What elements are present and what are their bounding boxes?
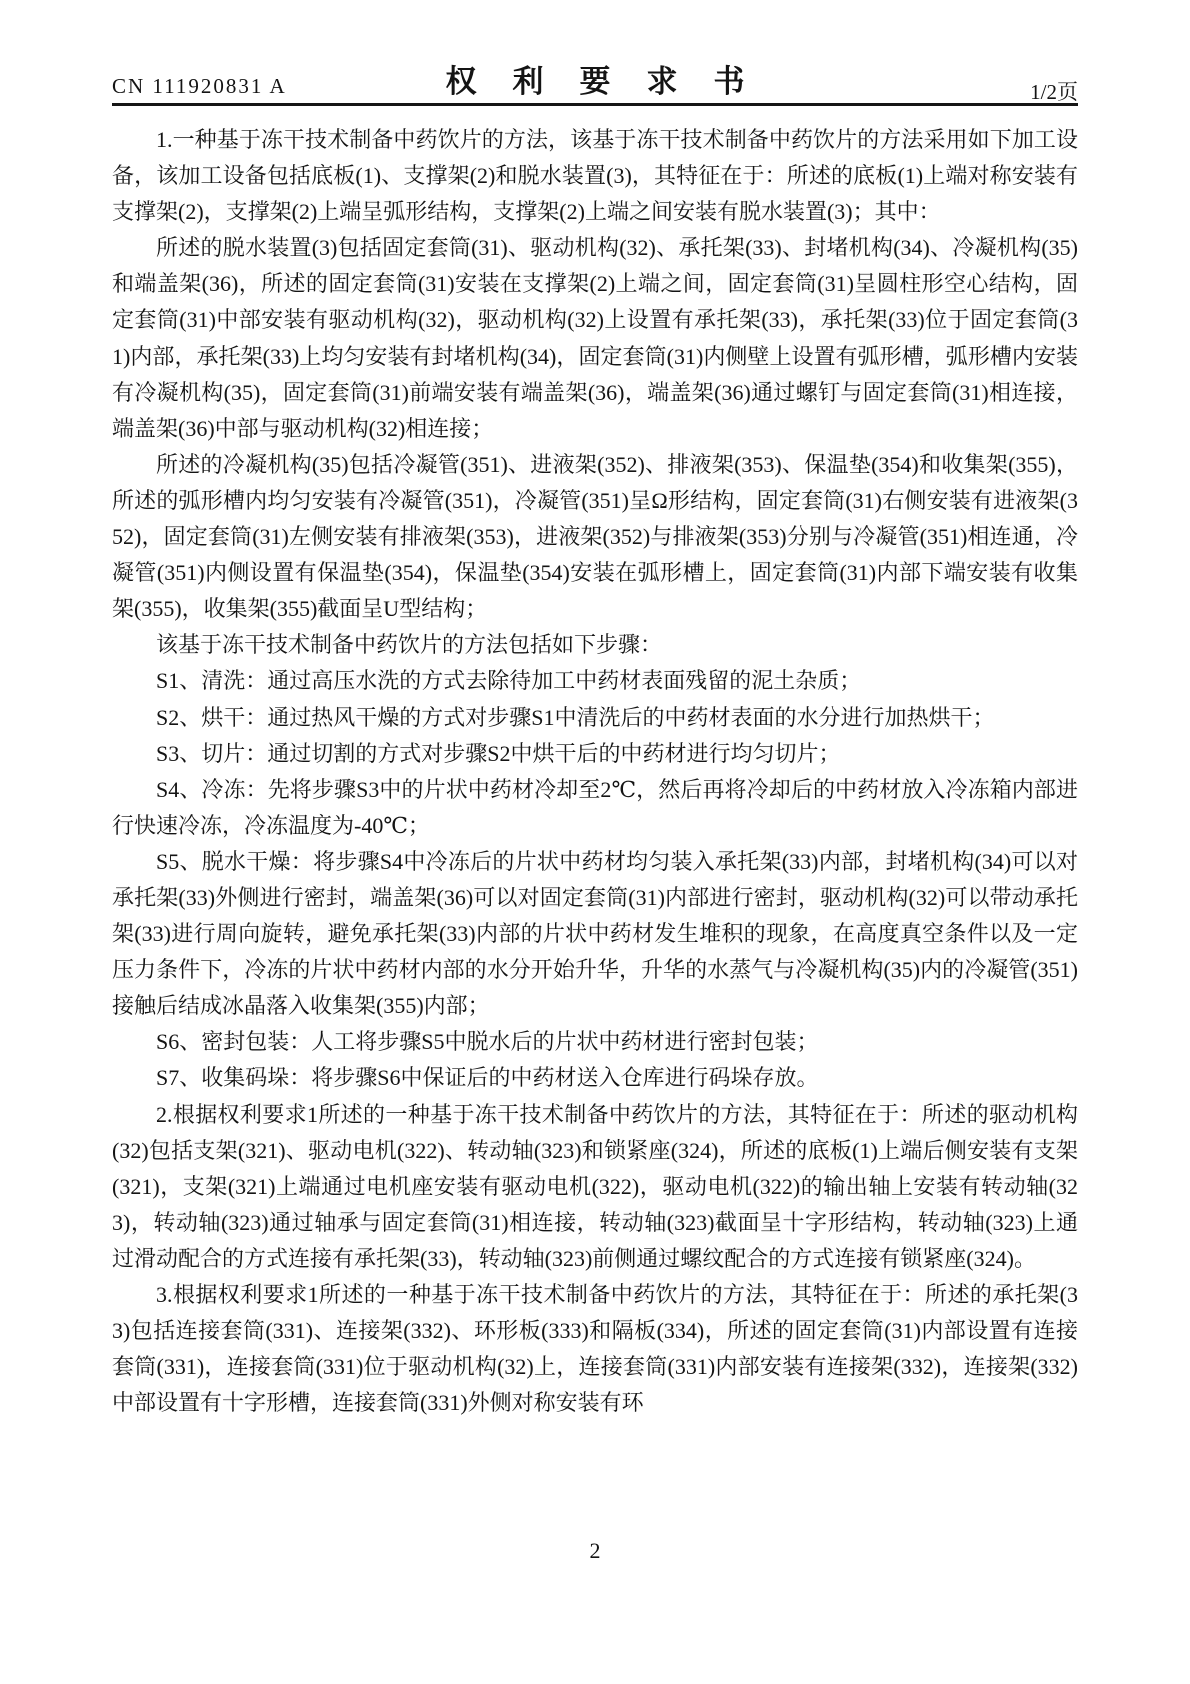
- claim-1-intro-paragraph: 1.一种基于冻干技术制备中药饮片的方法，该基于冻干技术制备中药饮片的方法采用如下…: [112, 122, 1078, 230]
- claim-1-step-s1-paragraph: S1、清洗：通过高压水洗的方式去除待加工中药材表面残留的泥土杂质；: [112, 663, 1078, 699]
- claim-1-step-s4-paragraph: S4、冷冻：先将步骤S3中的片状中药材冷却至2℃，然后再将冷却后的中药材放入冷冻…: [112, 772, 1078, 844]
- footer-page-number: 2: [0, 1538, 1190, 1564]
- patent-claims-page: CN 111920831 A 权利要求书 1/2页 1.一种基于冻干技术制备中药…: [0, 0, 1190, 1684]
- claim-1-step-s2-paragraph: S2、烘干：通过热风干燥的方式对步骤S1中清洗后的中药材表面的水分进行加热烘干；: [112, 700, 1078, 736]
- page-title: 权利要求书: [0, 56, 1190, 101]
- claim-1-step-s5-paragraph: S5、脱水干燥：将步骤S4中冷冻后的片状中药材均匀装入承托架(33)内部，封堵机…: [112, 844, 1078, 1024]
- page-indicator: 1/2页: [1030, 76, 1078, 106]
- claim-1-condenser-paragraph: 所述的冷凝机构(35)包括冷凝管(351)、进液架(352)、排液架(353)、…: [112, 447, 1078, 627]
- claim-1-step-s3-paragraph: S3、切片：通过切割的方式对步骤S2中烘干后的中药材进行均匀切片；: [112, 736, 1078, 772]
- claim-1-steps-intro-paragraph: 该基于冻干技术制备中药饮片的方法包括如下步骤：: [112, 627, 1078, 663]
- claim-2-paragraph: 2.根据权利要求1所述的一种基于冻干技术制备中药饮片的方法，其特征在于：所述的驱…: [112, 1097, 1078, 1277]
- claim-1-step-s6-paragraph: S6、密封包装：人工将步骤S5中脱水后的片状中药材进行密封包装；: [112, 1024, 1078, 1060]
- claim-1-dehydration-paragraph: 所述的脱水装置(3)包括固定套筒(31)、驱动机构(32)、承托架(33)、封堵…: [112, 230, 1078, 447]
- header-divider: [112, 103, 1078, 106]
- claim-1-step-s7-paragraph: S7、收集码垛：将步骤S6中保证后的中药材送入仓库进行码垛存放。: [112, 1060, 1078, 1096]
- claim-3-paragraph: 3.根据权利要求1所述的一种基于冻干技术制备中药饮片的方法，其特征在于：所述的承…: [112, 1277, 1078, 1421]
- claims-text-block: 1.一种基于冻干技术制备中药饮片的方法，该基于冻干技术制备中药饮片的方法采用如下…: [112, 122, 1078, 1421]
